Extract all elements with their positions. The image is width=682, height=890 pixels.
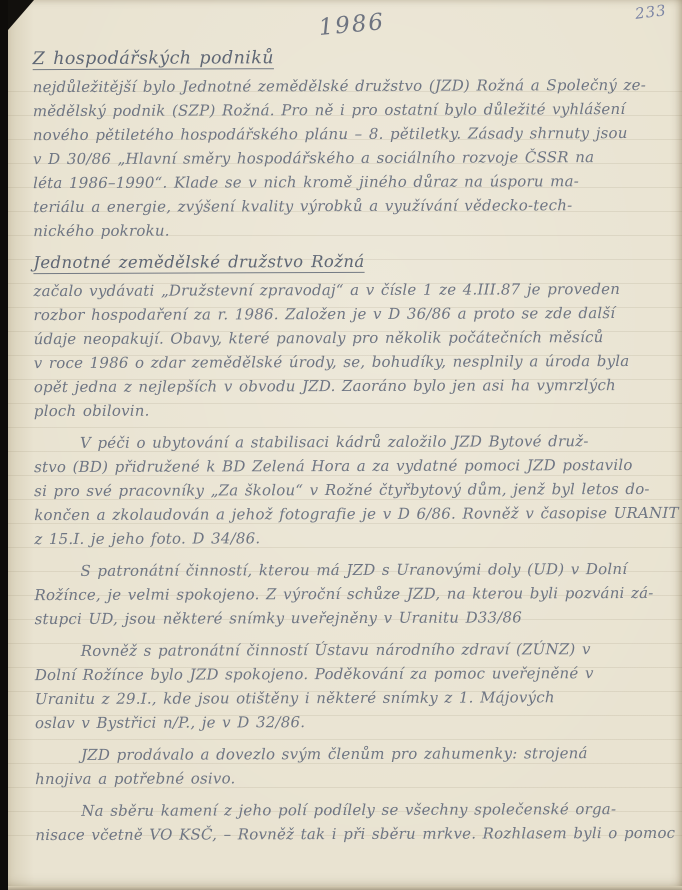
handwriting-line: opět jedna z nejlepších v obvodu JZD. Za…	[34, 373, 666, 399]
handwriting-line: stvo (BD) přidružené k BD Zelená Hora a …	[34, 453, 666, 479]
handwriting-line: Rožínce, je velmi spokojeno. Z výroční s…	[34, 581, 666, 607]
paragraph: S patronátní činností, kterou má JZD s U…	[34, 557, 666, 631]
paragraph: nejdůležitější bylo Jednotné zemědělské …	[33, 73, 666, 243]
handwriting-line: začalo vydávati „Družstevní zpravodaj“ a…	[33, 277, 665, 303]
handwriting-line: údaje neopakují. Obavy, které panovaly p…	[34, 325, 666, 351]
handwriting-line: léta 1986–1990“. Klade se v nich kromě j…	[33, 169, 665, 195]
handwriting-line: oslav v Bystřici n/P., je v D 32/86.	[35, 709, 667, 735]
handwriting-line: končen a zkolaudován a jehož fotografie …	[34, 501, 666, 527]
handwriting-line: mědělský podnik (SZP) Rožná. Pro ně i pr…	[33, 97, 665, 123]
section-economic-enterprises: Z hospodářských podniků nejdůležitější b…	[33, 45, 666, 243]
paragraph: V péči o ubytování a stabilisaci kádrů z…	[34, 429, 666, 551]
scanned-page: 233 1986 Z hospodářských podniků nejdůle…	[0, 0, 682, 890]
paragraph: začalo vydávati „Družstevní zpravodaj“ a…	[33, 277, 665, 423]
paragraph: JZD prodávalo a dovezlo svým členům pro …	[35, 741, 667, 791]
year-heading: 1986	[317, 6, 409, 42]
handwriting-line: V péči o ubytování a stabilisaci kádrů z…	[34, 429, 666, 455]
handwriting-line: Na sběru kamení z jeho polí podílely se …	[35, 797, 667, 823]
handwriting-line: JZD prodávalo a dovezlo svým členům pro …	[35, 741, 667, 767]
handwriting-line: stupci UD, jsou některé snímky uveřejněn…	[35, 605, 667, 631]
handwriting-line: z 15.I. je jeho foto. D 34/86.	[34, 525, 666, 551]
handwriting-line: v D 30/86 „Hlavní směry hospodářského a …	[33, 145, 665, 171]
handwriting-line: Uranitu z 29.I., kde jsou otištěny i něk…	[35, 685, 667, 711]
handwriting-line: nejdůležitější bylo Jednotné zemědělské …	[33, 73, 665, 99]
handwriting-line: ploch obilovin.	[34, 397, 666, 423]
handwriting-line: rozbor hospodaření za r. 1986. Založen j…	[34, 301, 666, 327]
section-heading-economic-enterprises: Z hospodářských podniků	[33, 46, 288, 71]
handwriting-line: teriálu a energie, zvýšení kvality výrob…	[33, 193, 665, 219]
handwriting-line: S patronátní činností, kterou má JZD s U…	[34, 557, 666, 583]
handwriting-line: si pro své pracovníky „Za školou“ v Rožn…	[34, 477, 666, 503]
handwriting-line: nického pokroku.	[33, 217, 665, 243]
paragraph: Na sběru kamení z jeho polí podílely se …	[35, 797, 667, 847]
section-jzd-rozna: Jednotné zemědělské družstvo Rožná začal…	[33, 249, 667, 847]
page-content: 1986 Z hospodářských podniků nejdůležitě…	[0, 0, 682, 890]
handwriting-line: Dolní Rožínce bylo JZD spokojeno. Poděko…	[35, 661, 667, 687]
paragraph: Rovněž s patronátní činností Ústavu náro…	[35, 637, 667, 735]
handwriting-line: Rovněž s patronátní činností Ústavu náro…	[35, 637, 667, 663]
handwriting-line: hnojiva a potřebné osivo.	[35, 765, 667, 791]
handwriting-line: v roce 1986 o zdar zemědělské úrody, se,…	[34, 349, 666, 375]
handwriting-line: nového pětiletého hospodářského plánu – …	[33, 121, 665, 147]
section-heading-jzd-rozna: Jednotné zemědělské družstvo Rožná	[33, 250, 378, 275]
handwriting-line: nisace včetně VO KSČ, – Rovněž tak i při…	[35, 821, 667, 847]
